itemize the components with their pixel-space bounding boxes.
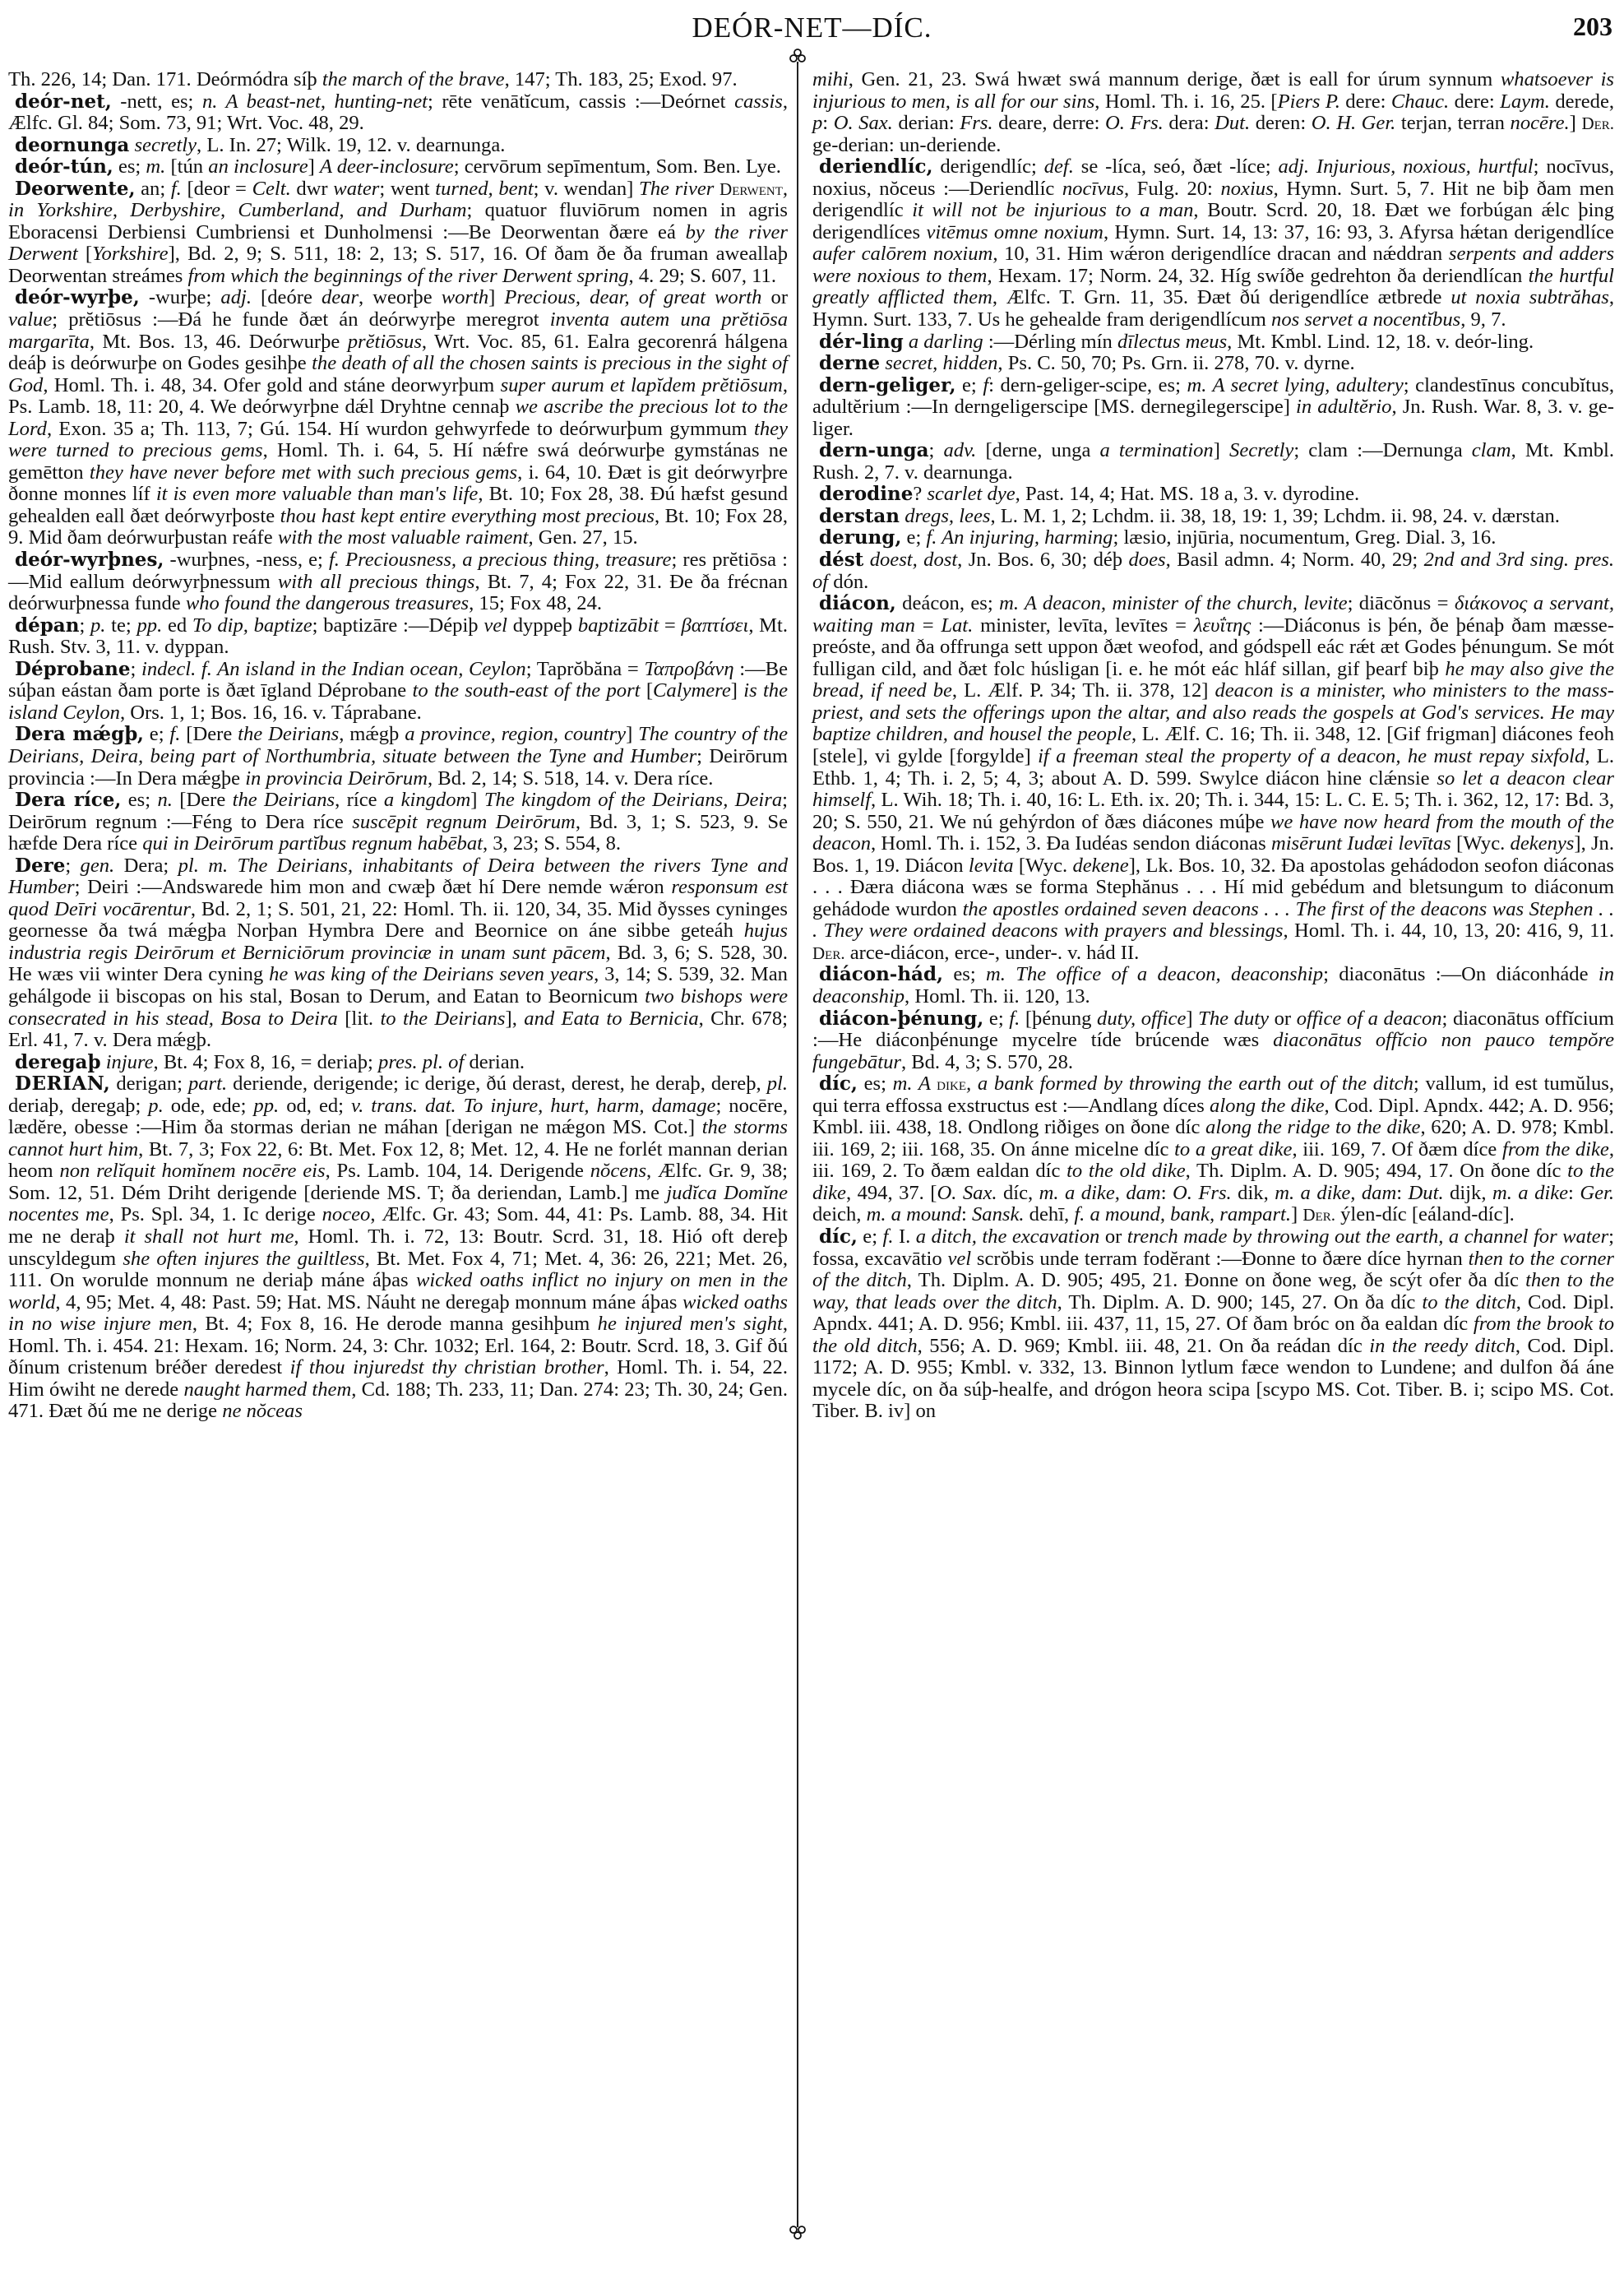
entry-text: derian.	[464, 1051, 525, 1073]
entry-text: -nett, es;	[112, 90, 202, 113]
entry-text: dón.	[828, 571, 868, 593]
entry-text: water	[333, 178, 379, 200]
dictionary-entry: dést doest, dost, Jn. Bos. 6, 30; déþ do…	[812, 549, 1614, 593]
entry-text: or	[761, 286, 788, 308]
entry-text: , Bd. 4, 3; S. 570, 28.	[901, 1051, 1073, 1073]
dictionary-entry: derung, e; f. An injuring, harming; læsi…	[812, 527, 1614, 549]
dictionary-entry: diácon-hád, es; m. The office of a deaco…	[812, 964, 1614, 1008]
entry-text: Der.	[1581, 113, 1614, 133]
entry-text: to the old dike	[1066, 1160, 1186, 1182]
headword: díc,	[819, 1225, 858, 1248]
entry-text: βαπτίσει	[682, 614, 749, 637]
entry-text: :	[961, 1203, 972, 1225]
entry-text: vitēmus omne noxium	[926, 221, 1103, 243]
entry-text: e;	[983, 1008, 1009, 1030]
entry-text: deich,	[812, 1203, 867, 1225]
entry-text: ; Deiri :—Andswarede him mon and cwæþ ðæ…	[75, 876, 672, 898]
entry-text: Derwent	[719, 179, 783, 199]
headword: dépan	[15, 614, 79, 637]
dictionary-entry: dépan; p. te; pp. ed To dip, baptize; ba…	[8, 615, 788, 659]
entry-text	[863, 549, 869, 571]
entry-text: derigendlíc;	[933, 155, 1044, 178]
entry-text: mihi	[812, 68, 849, 90]
entry-text: pl.	[767, 1072, 788, 1095]
entry-text: adj. Injurious, noxious, hurtful	[1278, 155, 1533, 178]
entry-text: deriaþ, deregaþ;	[8, 1095, 148, 1117]
entry-text: gen.	[81, 855, 115, 877]
entry-text: , 4, 95; Met. 4, 48: Past. 59; Hat. MS. …	[55, 1291, 682, 1313]
entry-text: , Homl. Th. ii. 120, 13.	[905, 985, 1090, 1008]
entry-text: doest, dost	[870, 549, 957, 571]
entry-text: , 10, 31. Him wǽron derigendlíce dracan …	[992, 243, 1449, 265]
entry-text: , Bt. 4; Fox 8, 16, = deriaþ;	[154, 1051, 378, 1073]
entry-text: she often injures the guiltless	[123, 1248, 364, 1270]
entry-text: non relĭquit homĭnem nocēre eis	[59, 1160, 325, 1182]
entry-text: n. A beast-net, hunting-net	[202, 90, 428, 113]
entry-text: To dip, baptize	[192, 614, 312, 637]
entry-text: suscēpit regnum Deirōrum	[352, 811, 576, 833]
entry-text: dike	[937, 1074, 966, 1094]
entry-text: ; diācŏnus =	[1348, 592, 1455, 614]
entry-text: , Ors. 1, 1; Bos. 16, 16. v. Táprabane.	[120, 702, 422, 724]
entry-text: Ger.	[1580, 1182, 1614, 1204]
entry-text: worth	[442, 286, 488, 308]
entry-text: -wurþnes, -ness, e;	[164, 549, 329, 571]
entry-text: deriende, derigende; ic derige, ðú deras…	[227, 1072, 767, 1095]
entry-text: , Hexam. 17; Norm. 24, 32. Híg swíðe ged…	[987, 265, 1528, 287]
entry-text: the march of the brave	[322, 68, 505, 90]
entry-text: ]	[1214, 439, 1229, 461]
entry-text: to the ditch	[1422, 1291, 1515, 1313]
entry-text: Laym.	[1500, 90, 1550, 113]
entry-text: , 15; Fox 48, 24.	[469, 592, 602, 614]
entry-text: secret, hidden	[885, 352, 997, 374]
entry-text: def.	[1044, 155, 1074, 178]
entry-text: ;	[79, 614, 90, 637]
entry-text: , Hymn. Surt. 14, 13: 37, 16: 93, 3. Afy…	[1103, 221, 1614, 243]
headword: deregaþ	[15, 1051, 101, 1073]
entry-text: ?	[913, 483, 927, 505]
entry-text: m. a dike	[1492, 1182, 1568, 1204]
entry-text: Lat.	[941, 614, 973, 637]
headword: deornunga	[15, 134, 129, 156]
entry-text: , Homl. Th. i. 152, 3. Ða Iudéas sendon …	[871, 832, 1271, 855]
entry-text: ; baptizāre :—Dépiþ	[312, 614, 484, 637]
entry-text: , Bd. 2, 14; S. 518, 14. v. Dera ríce.	[428, 767, 713, 790]
entry-text: super aurum et lapĭdem prĕtiōsum	[501, 374, 783, 396]
entry-text: , 494, 37. [	[846, 1182, 937, 1204]
entry-text: es;	[121, 789, 157, 811]
headword: DERIAN,	[15, 1072, 110, 1095]
entry-text: Precious, dear, of great worth	[504, 286, 761, 308]
entry-text: :—Dérling mín	[983, 331, 1117, 353]
entry-text: arce-diácon, erce-, under-. v. hád II.	[845, 942, 1140, 964]
entry-text: Secretly	[1229, 439, 1293, 461]
entry-text: ne nŏceas	[222, 1400, 303, 1422]
entry-text: derigan;	[110, 1072, 188, 1095]
entry-text: , 3, 23; S. 554, 8.	[483, 832, 621, 855]
entry-text: The kingdom of the Deirians, Deira	[484, 789, 782, 811]
dictionary-entry: Th. 226, 14; Dan. 171. Deórmódra síþ the…	[8, 69, 788, 91]
dictionary-entry: díc, e; f. I. a ditch, the excavation or…	[812, 1226, 1614, 1423]
entry-text: nŏcens	[590, 1160, 646, 1182]
entry-text: deácon, es;	[896, 592, 999, 614]
entry-text: es;	[113, 155, 146, 178]
entry-text: , Basil admn. 4; Norm. 40, 29;	[1166, 549, 1424, 571]
headword: deór-net,	[15, 90, 112, 113]
entry-text: dijk,	[1444, 1182, 1492, 1204]
entry-text: in the reedy ditch	[1369, 1335, 1515, 1357]
entry-text: ]	[1291, 1203, 1302, 1225]
entry-text: naught harmed them	[183, 1378, 351, 1401]
entry-text: :	[1161, 1182, 1173, 1204]
dictionary-entry: derodine? scarlet dye, Past. 14, 4; Hat.…	[812, 484, 1614, 506]
dictionary-entry: Dere; gen. Dera; pl. m. The Deirians, in…	[8, 855, 788, 1052]
entry-text: levita	[969, 855, 1014, 877]
entry-text: , Fulg. 20:	[1124, 178, 1220, 200]
entry-text: nocīvus	[1062, 178, 1124, 200]
entry-text: adv.	[944, 439, 977, 461]
entry-text: The river	[639, 178, 719, 200]
entry-text: dera:	[1164, 112, 1215, 134]
entry-text: Yorkshire	[92, 243, 168, 265]
entry-text: in provincia Deirōrum	[245, 767, 428, 790]
entry-text: [	[641, 679, 654, 702]
entry-text: ]	[731, 679, 744, 702]
entry-text: office of a deacon	[1297, 1008, 1442, 1030]
entry-text: p.	[148, 1095, 163, 1117]
entry-text: Sansk.	[972, 1203, 1025, 1225]
entry-text: dehī,	[1025, 1203, 1075, 1225]
entry-text: dere:	[1340, 90, 1391, 113]
entry-text: , Past. 14, 4; Hat. MS. 18 a, 3. v. dyro…	[1016, 483, 1360, 505]
entry-text: m. a mound	[867, 1203, 961, 1225]
entry-text: O. H. Ger.	[1312, 112, 1396, 134]
entry-text: od, ed;	[279, 1095, 351, 1117]
headword: diácon-þénung,	[819, 1008, 983, 1030]
entry-text: , 4. 29; S. 607, 11.	[629, 265, 776, 287]
headword: díc,	[819, 1072, 858, 1095]
entry-text: ; prĕtiōsus :—Ðá he funde ðæt án deórwyr…	[52, 308, 549, 331]
entry-text: from which the beginnings of the river D…	[188, 265, 629, 287]
entry-text: or	[1099, 1225, 1127, 1248]
entry-text: it will not be injurious to a man	[912, 199, 1193, 221]
entry-text: , Bt. 4; Fox 8, 16. He derode manna gesi…	[192, 1313, 598, 1335]
entry-text: [Wyc.	[1014, 855, 1073, 877]
entry-text: Der.	[812, 943, 845, 963]
entry-text: turned, bent	[435, 178, 533, 200]
entry-text: the Deirians	[238, 723, 339, 745]
entry-text: e;	[901, 526, 926, 549]
entry-text: , weorþe	[359, 286, 442, 308]
entry-text: , ríce	[335, 789, 384, 811]
entry-text: v. trans. dat. To injure, hurt, harm, da…	[351, 1095, 715, 1117]
entry-text: ;	[65, 855, 80, 877]
entry-text: [lit.	[338, 1008, 381, 1030]
entry-text: Th. 226, 14; Dan. 171. Deórmódra síþ	[8, 68, 322, 90]
entry-text: he injured men's sight	[598, 1313, 783, 1335]
dictionary-entry: Dera mǽgþ, e; f. [Dere the Deirians, mǽg…	[8, 724, 788, 790]
entry-text: =	[659, 614, 681, 637]
entry-text: , iii. 169, 7. Of ðæm díce	[1292, 1138, 1502, 1160]
headword: dést	[819, 549, 863, 571]
dictionary-entry: deór-wyrþe, -wurþe; adj. [deóre dear, we…	[8, 287, 788, 549]
entry-text: pres. pl. of	[378, 1051, 464, 1073]
entry-text: p	[812, 112, 822, 134]
entry-text: m. The office of a deacon, deaconship	[986, 963, 1323, 985]
entry-text: Dut.	[1409, 1182, 1444, 1204]
entry-text: [deóre	[252, 286, 322, 308]
entry-text: f.	[1009, 1008, 1020, 1030]
entry-text: e;	[858, 1225, 883, 1248]
entry-text: m. A deacon, minister of the church, lev…	[999, 592, 1348, 614]
entry-text: ; cervōrum sepīmentum, Som. Ben. Lye.	[454, 155, 781, 178]
entry-text: , Th. Diplm. A. D. 905; 494, 17. On ðone…	[1186, 1160, 1567, 1182]
entry-text: dwr	[291, 178, 334, 200]
entry-text: duty, office	[1097, 1008, 1186, 1030]
headword: Deorwente,	[15, 178, 135, 200]
entry-text: , Homl. Th. i. 16, 25. [	[1094, 90, 1277, 113]
entry-text: a termination	[1100, 439, 1214, 461]
entry-text: m.	[146, 155, 165, 178]
entry-text: misērunt Iudæi levītas	[1271, 832, 1451, 855]
entry-text: λευΐτης	[1194, 614, 1251, 637]
entry-text: se -líca, seó, ðæt -líce;	[1074, 155, 1279, 178]
entry-text: m. A secret lying, adultery	[1187, 374, 1403, 396]
entry-text: [derne, unga	[976, 439, 1099, 461]
entry-text: minister, levīta, levītes =	[973, 614, 1193, 637]
entry-text: deare, derre:	[993, 112, 1105, 134]
entry-text: or	[1269, 1008, 1297, 1030]
entry-text: [Dere	[173, 789, 233, 811]
entry-text: noceo	[322, 1203, 371, 1225]
entry-text: to a great dike	[1174, 1138, 1292, 1160]
headword: deór-tún,	[15, 155, 113, 178]
dictionary-entry: Deorwente, an; f. [deor = Celt. dwr wate…	[8, 178, 788, 288]
entry-text: ]	[1186, 1008, 1198, 1030]
entry-text: :	[1568, 1182, 1580, 1204]
entry-text: , Ælfc. T. Grn. 11, 35. Ðæt ðú derigendl…	[992, 286, 1450, 308]
entry-text: baptizābit	[578, 614, 659, 637]
entry-text: Piers P.	[1278, 90, 1340, 113]
entry-text: :	[822, 112, 833, 134]
entry-text: O. Frs.	[1105, 112, 1164, 134]
headword: diácon,	[819, 592, 896, 614]
entry-text: secretly	[134, 134, 197, 156]
entry-text: e;	[955, 374, 983, 396]
entry-text: who found the dangerous treasures	[186, 592, 469, 614]
entry-text: from the dike	[1502, 1138, 1609, 1160]
entry-text: Frs.	[960, 112, 992, 134]
entry-text: a ditch, the excavation	[916, 1225, 1100, 1248]
entry-text: prĕtiōsus	[348, 331, 422, 353]
entry-text: indecl. f. An island in the Indian ocean…	[141, 658, 526, 680]
entry-text: , Ps. Spl. 34, 1. Ic derige	[109, 1203, 322, 1225]
entry-text: , 556; A. D. 969; Kmbl. iii. 48, 21. On …	[918, 1335, 1370, 1357]
entry-text: , L. Ælf. P. 34; Th. ii. 378, 12]	[952, 679, 1215, 702]
entry-text: vel	[947, 1248, 971, 1270]
entry-text: ]	[308, 155, 320, 178]
headword: Dera mǽgþ,	[15, 723, 144, 745]
running-head: DEÓR-NET—DÍC.	[0, 12, 1624, 44]
entry-text: injure	[106, 1051, 154, 1073]
trefoil-ornament-icon	[788, 2221, 807, 2240]
entry-text: m. a dike, dam	[1275, 1182, 1396, 1204]
entry-text: ],	[506, 1008, 525, 1030]
entry-text: ;	[929, 439, 944, 461]
entry-text: , Th. Diplm. A. D. 905; 495, 21. Ðonne o…	[907, 1269, 1525, 1291]
entry-text: n.	[157, 789, 172, 811]
entry-text: dekene	[1072, 855, 1128, 877]
entry-text: ; diaconātus :—On diáconháde	[1323, 963, 1599, 985]
right-column: mihi, Gen. 21, 23. Swá hwæt swá mannum d…	[812, 69, 1614, 1423]
entry-text: ut noxia subtrăhas	[1450, 286, 1609, 308]
entry-text: and Eata to Bernicia	[524, 1008, 698, 1030]
entry-text: Calymere	[653, 679, 731, 702]
entry-text: ]	[488, 286, 504, 308]
entry-text: cassis	[734, 90, 783, 113]
entry-text: :	[1396, 1182, 1408, 1204]
entry-text: [deor =	[182, 178, 252, 200]
entry-text: Ταπροβάνη	[644, 658, 733, 680]
entry-text: , Gen. 21, 23. Swá hwæt swá mannum derig…	[849, 68, 1501, 90]
entry-text: The duty	[1198, 1008, 1269, 1030]
entry-text: ; clam :—Dernunga	[1293, 439, 1471, 461]
dictionary-entry: Déprobane; indecl. f. An island in the I…	[8, 659, 788, 725]
entry-text: dyppeþ	[507, 614, 578, 637]
entry-text: ; Taprŏbăna =	[526, 658, 645, 680]
dictionary-entry: deór-net, -nett, es; n. A beast-net, hun…	[8, 91, 788, 135]
dictionary-entry: deór-tún, es; m. [tún an inclosure] A de…	[8, 156, 788, 178]
entry-text: in adultĕrio	[1296, 396, 1391, 418]
entry-text: [	[78, 243, 92, 265]
column-divider	[797, 64, 798, 2227]
entry-text: Chauc.	[1391, 90, 1449, 113]
entry-text: they have never before met with such pre…	[90, 461, 517, 484]
entry-text: deren:	[1250, 112, 1312, 134]
entry-text: f.	[169, 723, 180, 745]
entry-text: [Wyc.	[1451, 832, 1511, 855]
headword: derung,	[819, 526, 901, 549]
dictionary-entry: Dera ríce, es; n. [Dere the Deirians, rí…	[8, 790, 788, 855]
entry-text: scrŏbis unde terram fodĕrant :—Ðonne to …	[971, 1248, 1468, 1270]
dictionary-entry: deór-wyrþnes, -wurþnes, -ness, e; f. Pre…	[8, 549, 788, 615]
entry-text: does	[1128, 549, 1165, 571]
entry-text: along the ridge to the dike	[1205, 1116, 1420, 1138]
entry-text: it shall not hurt me	[124, 1225, 294, 1248]
entry-text: derian:	[893, 112, 960, 134]
entry-text: p.	[90, 614, 105, 637]
entry-text: dere:	[1449, 90, 1500, 113]
entry-text: Dut.	[1215, 112, 1250, 134]
entry-text: , Jn. Bos. 6, 30; déþ	[957, 549, 1128, 571]
entry-text: Dera;	[114, 855, 178, 877]
headword: diácon-hád,	[819, 963, 943, 985]
entry-text: I.	[894, 1225, 916, 1248]
dictionary-entry: dér-ling a darling :—Dérling mín dīlectu…	[812, 331, 1614, 354]
entry-text: ; v. wendan]	[534, 178, 639, 200]
entry-text: ge-derian: un-deriende.	[812, 134, 1001, 156]
entry-text: scarlet dye	[927, 483, 1015, 505]
entry-text: : dern-geliger-scipe, es;	[988, 374, 1187, 396]
entry-text: if thou injuredst thy christian brother	[290, 1356, 604, 1378]
headword: derodine	[819, 483, 913, 505]
entry-text: , mǽgþ	[339, 723, 405, 745]
entry-text: ode, ede;	[164, 1095, 254, 1117]
entry-text: , L. In. 27; Wilk. 19, 12. v. dearnunga.	[197, 134, 505, 156]
page-number: 203	[1573, 12, 1612, 42]
entry-text: with all precious things	[278, 571, 475, 593]
entry-text: a darling	[909, 331, 983, 353]
dictionary-entry: diácon, deácon, es; m. A deacon, ministe…	[812, 593, 1614, 964]
headword: dern-geliger,	[819, 374, 955, 396]
entry-text: he was king of the Deirians seven years	[269, 963, 594, 985]
entry-text: O. Frs.	[1173, 1182, 1232, 1204]
entry-text: to the Deirians	[380, 1008, 505, 1030]
entry-text: noxius	[1220, 178, 1273, 200]
entry-text: Der.	[1302, 1205, 1335, 1225]
entry-text: f.	[171, 178, 182, 200]
entry-text: it is even more valuable than man's life	[156, 483, 479, 505]
entry-text: f.	[883, 1225, 894, 1248]
dictionary-entry: mihi, Gen. 21, 23. Swá hwæt swá mannum d…	[812, 69, 1614, 156]
page-header: DEÓR-NET—DÍC. 203	[0, 7, 1624, 56]
entry-text: an inclosure	[208, 155, 308, 178]
entry-text: , Ps. Lamb. 104, 14. Derigende	[326, 1160, 590, 1182]
dictionary-entry: deornunga secretly, L. In. 27; Wilk. 19,…	[8, 135, 788, 157]
entry-text: to the south-east of the port	[413, 679, 641, 702]
entry-text: m. A	[893, 1072, 937, 1095]
entry-text: , Homl. Th. i. 44, 10, 13, 20: 416, 9, 1…	[1283, 920, 1614, 942]
entry-text: ; læsio, injūria, nocumentum, Greg. Dial…	[1113, 526, 1496, 549]
entry-text: [tún	[165, 155, 208, 178]
dictionary-entry: DERIAN, derigan; part. deriende, derigen…	[8, 1073, 788, 1423]
entry-text: te;	[105, 614, 136, 637]
dictionary-entry: dern-geliger, e; f: dern-geliger-scipe, …	[812, 375, 1614, 441]
entry-text: -wurþe;	[140, 286, 221, 308]
entry-text: ]	[1570, 112, 1582, 134]
dictionary-entry: deriendlíc, derigendlíc; def. se -líca, …	[812, 156, 1614, 331]
entry-text: derede,	[1550, 90, 1614, 113]
entry-text: ]	[626, 723, 638, 745]
entry-text: dekenys	[1511, 832, 1575, 855]
entry-text: dīlectus meus	[1117, 331, 1227, 353]
entry-text: díc,	[997, 1182, 1039, 1204]
entry-text: trench made by throwing out the earth, a…	[1127, 1225, 1608, 1248]
dictionary-entry: derne secret, hidden, Ps. C. 50, 70; Ps.…	[812, 353, 1614, 375]
headword: deór-wyrþe,	[15, 286, 140, 308]
entry-text: , Homl. Th. i. 48, 34. Ofer gold and stá…	[43, 374, 500, 396]
entry-text: O. Sax.	[834, 112, 893, 134]
entry-text: ýlen-díc [eáland-díc].	[1335, 1203, 1515, 1225]
entry-text: =	[915, 614, 941, 637]
entry-text: clam	[1472, 439, 1511, 461]
entry-text: , Mt. Bos. 13, 46. Deórwurþe	[90, 331, 348, 353]
entry-text: ;	[130, 658, 141, 680]
dictionary-entry: diácon-þénung, e; f. [þénung duty, offic…	[812, 1008, 1614, 1074]
entry-text: dik,	[1232, 1182, 1275, 1204]
entry-text: e;	[144, 723, 170, 745]
entry-text: dear	[322, 286, 359, 308]
entry-text: m. a dike, dam	[1039, 1182, 1161, 1204]
entry-text: aufer calōrem noxium	[812, 243, 992, 265]
entry-text: , Gen. 27, 15.	[529, 526, 638, 549]
entry-text: if a freeman steal the property of a dea…	[1038, 745, 1585, 767]
dictionary-entry: díc, es; m. A dike, a bank formed by thr…	[812, 1073, 1614, 1226]
entry-text: pp.	[136, 614, 162, 637]
entry-text: , 9, 7.	[1460, 308, 1506, 331]
entry-text: f. Preciousness, a precious thing, treas…	[329, 549, 672, 571]
